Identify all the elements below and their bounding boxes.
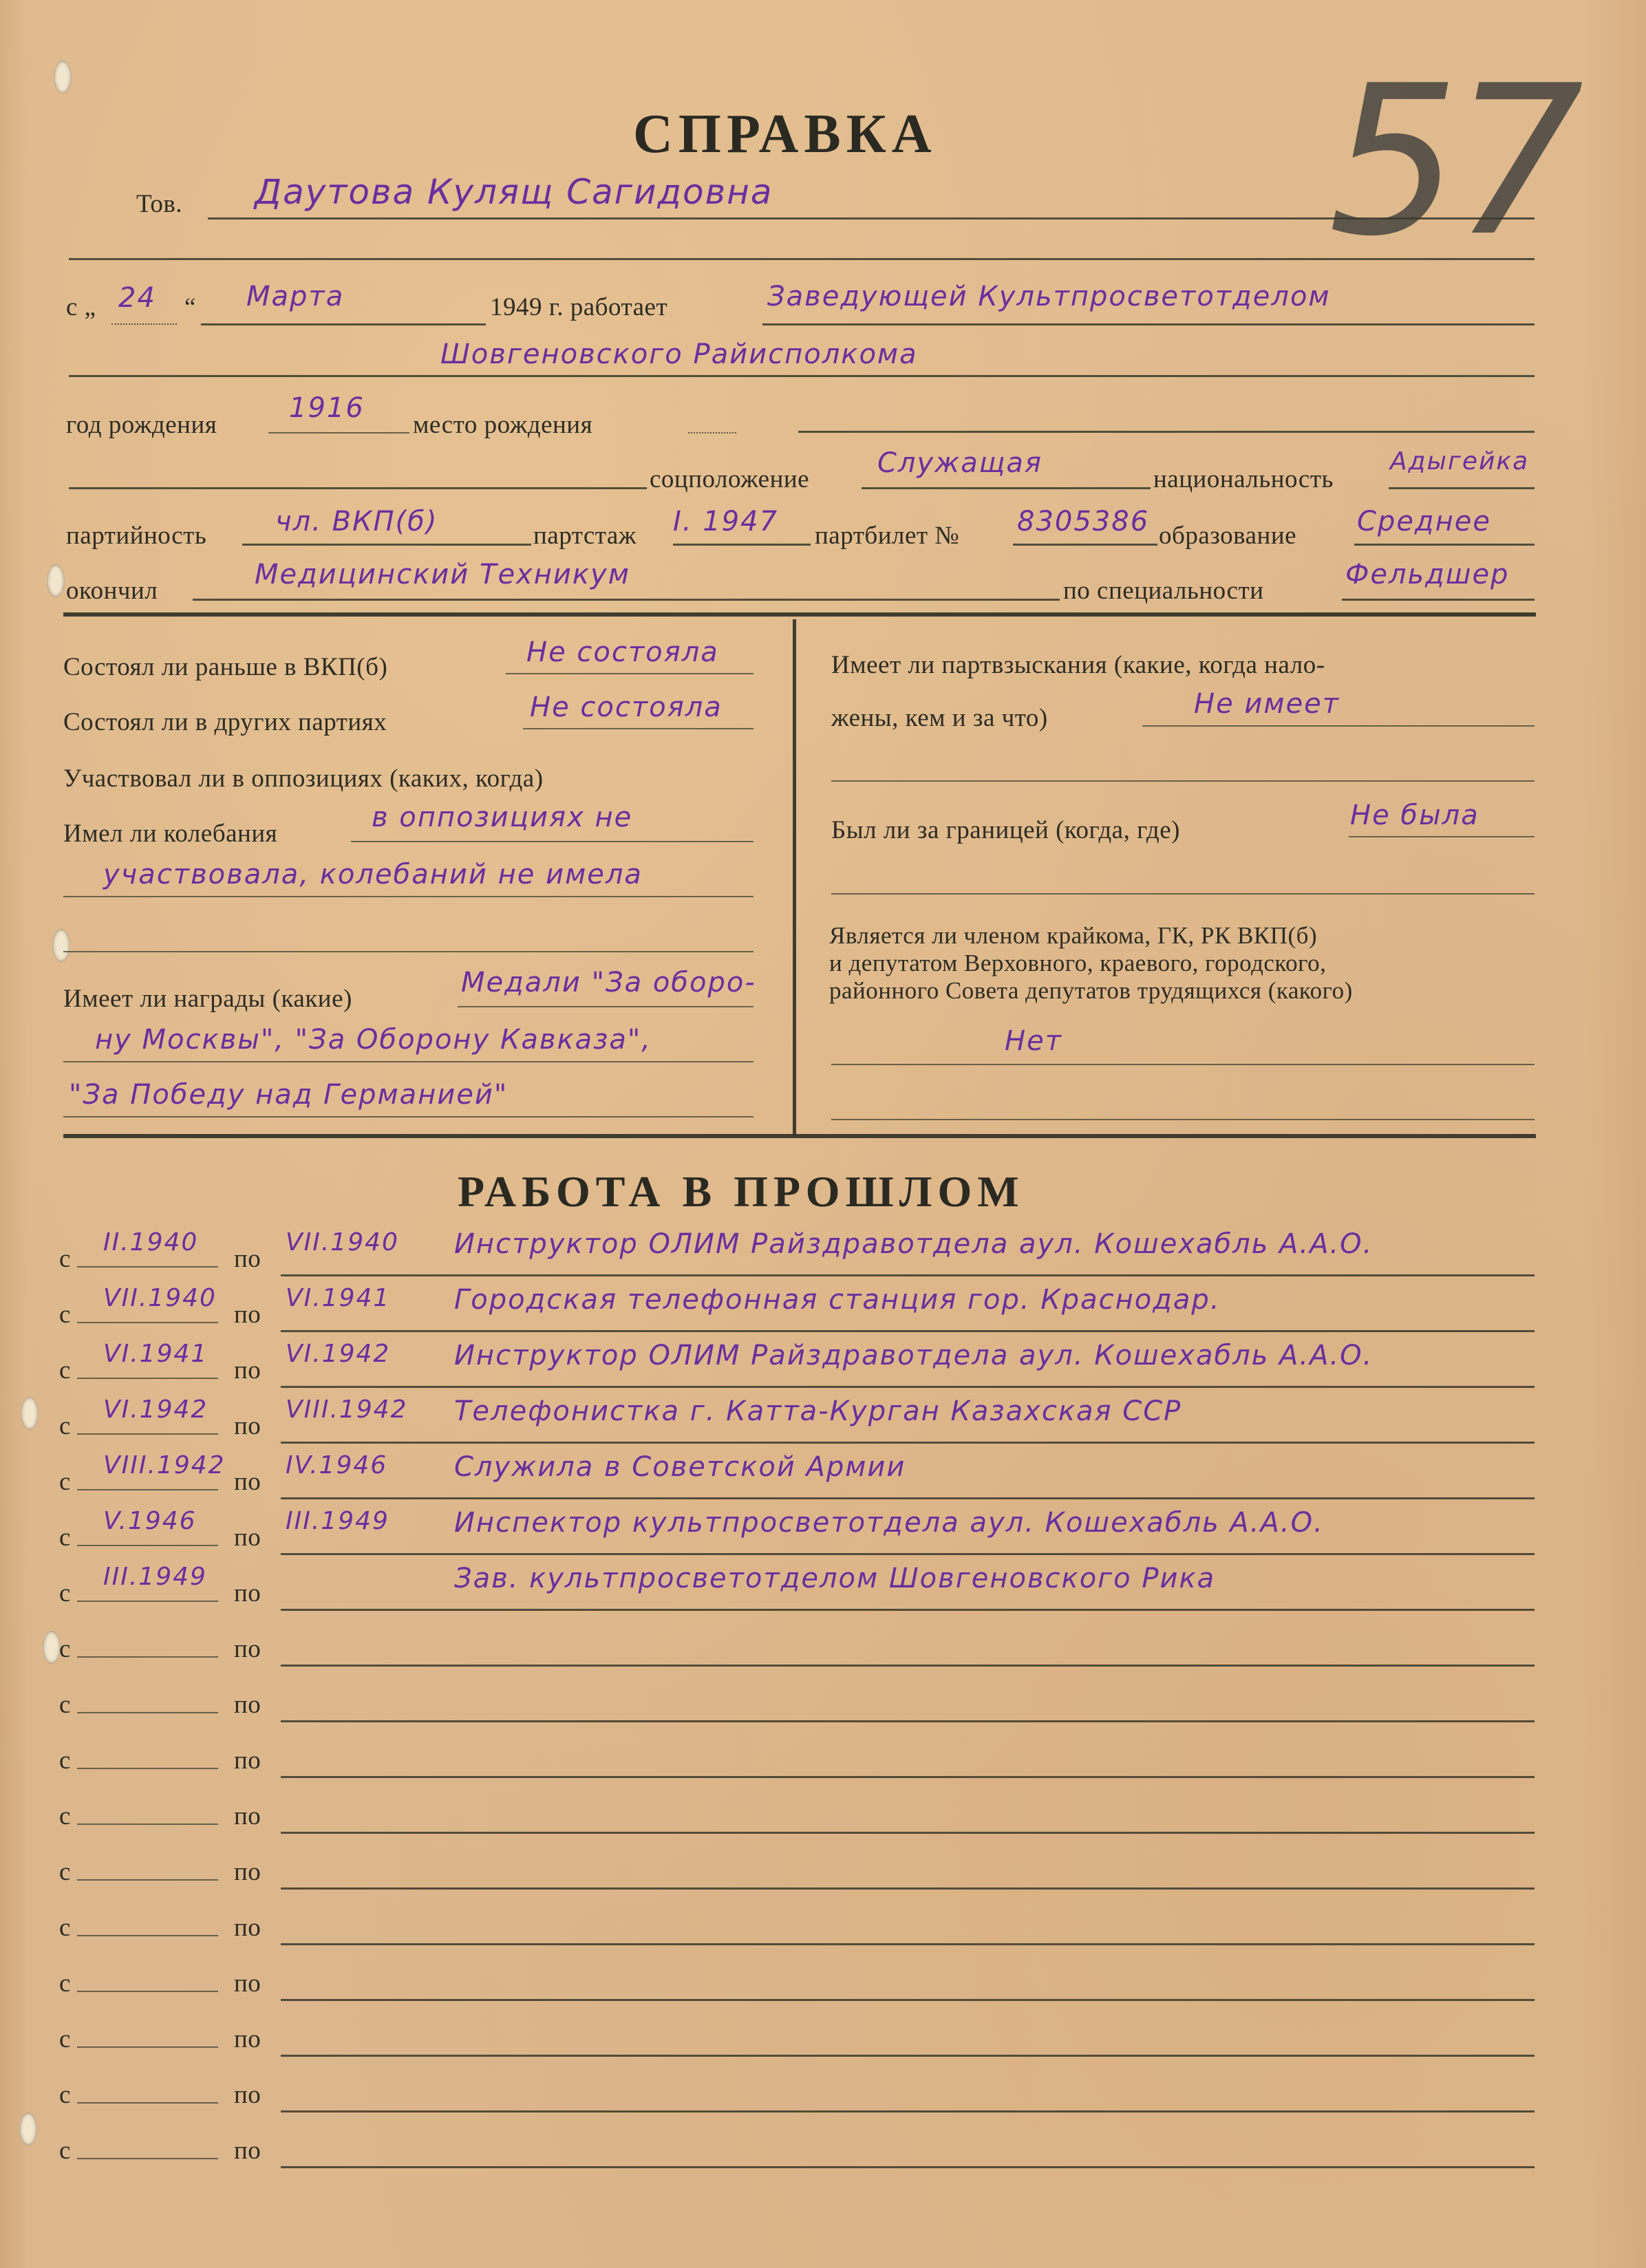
left-q5-underline-3 — [63, 1116, 753, 1117]
from-date-value[interactable]: II.1940 — [103, 1228, 198, 1256]
from-label: с — [59, 2136, 71, 2165]
work-description-value[interactable]: Инструктор ОЛИМ Райздравотдела аул. Коше… — [454, 1340, 1373, 1371]
left-q3-label: Участвовал ли в оппозициях (каких, когда… — [63, 764, 544, 793]
from-underline — [77, 1712, 218, 1713]
to-label: по — [234, 1913, 261, 1943]
to-date-value[interactable]: VI.1942 — [286, 1340, 390, 1368]
right-q3-underline-2 — [831, 1119, 1535, 1120]
from-label: с — [59, 1467, 71, 1497]
work-description-value[interactable]: Служила в Советской Армии — [454, 1451, 906, 1483]
to-date-value[interactable]: VIII.1942 — [286, 1395, 408, 1424]
description-underline — [281, 2055, 1535, 2057]
from-label: с — [59, 1857, 71, 1887]
from-underline — [77, 1656, 218, 1658]
left-q5-value-line2[interactable]: ну Москвы", "За Оборону Кавказа", — [95, 1024, 652, 1056]
social-label: соцположение — [650, 464, 809, 494]
social-leading-underline — [69, 487, 647, 489]
description-underline — [281, 1442, 1535, 1444]
from-date-value[interactable]: VI.1941 — [103, 1340, 208, 1368]
from-label: с — [59, 1244, 71, 1274]
left-q1-value[interactable]: Не состояла — [526, 636, 719, 668]
from-underline — [77, 1823, 218, 1825]
from-date-value[interactable]: VII.1940 — [103, 1284, 217, 1312]
party-card-underline — [1013, 544, 1157, 546]
description-underline — [281, 1999, 1535, 2001]
to-label: по — [234, 1857, 261, 1887]
left-q5-value-line1[interactable]: Медали "За оборо- — [461, 967, 756, 998]
right-q1-underline-1 — [1142, 725, 1535, 727]
right-q2-label: Был ли за границей (когда, где) — [831, 815, 1180, 845]
right-q1-underline-2 — [831, 780, 1535, 782]
from-label: с — [59, 1969, 71, 1998]
to-label: по — [234, 1579, 261, 1608]
left-q2-value[interactable]: Не состояла — [530, 692, 723, 723]
from-label: с — [59, 2024, 71, 2054]
from-label: с — [59, 1356, 71, 1385]
from-date-value[interactable]: VIII.1942 — [103, 1451, 226, 1479]
party-card-value[interactable]: 8305386 — [1017, 506, 1149, 537]
graduated-label: окончил — [66, 576, 158, 606]
from-underline — [77, 2046, 218, 2048]
position-underline-2 — [69, 375, 1535, 377]
birth-year-label: год рождения — [66, 410, 217, 440]
binder-hole — [52, 929, 70, 962]
to-date-value[interactable]: VII.1940 — [286, 1228, 399, 1256]
from-date-value[interactable]: V.1946 — [103, 1507, 197, 1535]
work-description-value[interactable]: Инспектор культпросветотдела аул. Кошеха… — [454, 1507, 1324, 1539]
description-underline — [281, 1386, 1535, 1388]
from-underline — [77, 1601, 218, 1602]
date-year-label: 1949 г. работает — [490, 292, 667, 322]
position-line1-value[interactable]: Заведующей Культпросветотделом — [767, 281, 1331, 312]
position-line2-value[interactable]: Шовгеновского Райисполкома — [440, 339, 918, 370]
birth-year-underline — [268, 432, 409, 434]
from-date-value[interactable]: VI.1942 — [103, 1395, 208, 1424]
left-q5-label: Имеет ли награды (какие) — [63, 984, 352, 1014]
nationality-label: национальность — [1153, 464, 1334, 494]
from-underline — [77, 1935, 218, 1936]
right-q1-label-line2: жены, кем и за что) — [831, 703, 1048, 733]
section-bottom-rule — [63, 1134, 1536, 1138]
left-q4-underline-3 — [63, 951, 753, 952]
from-label: с — [59, 1523, 71, 1552]
description-underline — [281, 1776, 1535, 1778]
description-underline — [281, 1665, 1535, 1667]
left-q4-underline-1 — [351, 841, 753, 842]
date-prefix: с „ — [66, 292, 96, 322]
left-q4-underline-2 — [63, 896, 753, 897]
date-quote-close: “ — [184, 292, 196, 322]
binder-hole — [43, 1631, 61, 1664]
description-underline — [281, 1274, 1535, 1276]
description-underline — [281, 1497, 1535, 1499]
from-underline — [77, 1489, 218, 1490]
to-label: по — [234, 1244, 261, 1274]
from-label: с — [59, 1300, 71, 1329]
description-underline — [281, 1609, 1535, 1611]
from-underline — [77, 1433, 218, 1435]
left-q5-underline-2 — [63, 1061, 753, 1062]
to-label: по — [234, 2136, 261, 2165]
day-underline — [111, 323, 177, 325]
left-q1-label: Состоял ли раньше в ВКП(б) — [63, 652, 387, 682]
binder-hole — [19, 2112, 37, 2146]
party-card-label: партбилет № — [815, 521, 959, 550]
description-underline — [281, 1832, 1535, 1834]
nationality-underline — [1389, 487, 1535, 489]
from-underline — [77, 2158, 218, 2159]
right-q3-label-line1: Является ли членом крайкома, ГК, РК ВКП(… — [829, 922, 1317, 950]
from-label: с — [59, 1746, 71, 1775]
left-q5-value-line3[interactable]: "За Победу над Германией" — [69, 1079, 508, 1111]
left-q4-value-line1[interactable]: в оппозициях не — [372, 802, 632, 833]
work-history-title: РАБОТА В ПРОШЛОМ — [458, 1166, 1025, 1217]
party-underline — [242, 544, 531, 546]
from-label: с — [59, 1801, 71, 1831]
right-q2-value[interactable]: Не была — [1350, 800, 1479, 831]
birth-year-value[interactable]: 1916 — [289, 392, 365, 424]
binder-hole — [21, 1397, 39, 1430]
from-underline — [77, 1879, 218, 1881]
document-title: СПРАВКА — [633, 103, 937, 166]
date-month-value[interactable]: Марта — [246, 281, 344, 312]
description-underline — [281, 1943, 1535, 1945]
date-day-value[interactable]: 24 — [118, 282, 156, 314]
party-label: партийность — [66, 521, 206, 550]
from-underline — [77, 1322, 218, 1323]
education-underline — [1354, 544, 1535, 546]
from-label: с — [59, 2080, 71, 2110]
description-underline — [281, 1720, 1535, 1722]
from-label: с — [59, 1690, 71, 1720]
right-q3-label-line2: и депутатом Верховного, краевого, городс… — [829, 950, 1326, 977]
right-q1-value[interactable]: Не имеет — [1194, 688, 1340, 720]
binder-hole — [47, 564, 65, 597]
to-label: по — [234, 2080, 261, 2110]
description-underline — [281, 2110, 1535, 2112]
from-label: с — [59, 1913, 71, 1943]
specialty-label: по специальности — [1063, 576, 1264, 606]
party-value[interactable]: чл. ВКП(б) — [275, 506, 438, 537]
description-underline — [281, 1553, 1535, 1555]
to-label: по — [234, 1523, 261, 1552]
to-label: по — [234, 1467, 261, 1497]
section-top-rule — [63, 612, 1536, 617]
education-label: образование — [1159, 521, 1296, 550]
graduated-value[interactable]: Медицинский Техникум — [255, 559, 630, 590]
education-value[interactable]: Среднее — [1357, 506, 1491, 537]
month-underline — [201, 323, 486, 325]
to-date-value[interactable]: IV.1946 — [286, 1451, 387, 1479]
from-label: с — [59, 1411, 71, 1441]
description-underline — [281, 2166, 1535, 2168]
right-q2-underline-2 — [831, 893, 1535, 895]
right-q3-value[interactable]: Нет — [1005, 1025, 1062, 1057]
to-label: по — [234, 1634, 261, 1664]
description-underline — [281, 1330, 1535, 1332]
to-label: по — [234, 1690, 261, 1720]
social-value[interactable]: Служащая — [877, 447, 1043, 479]
from-label: с — [59, 1634, 71, 1664]
from-underline — [77, 1991, 218, 1992]
to-label: по — [234, 1969, 261, 1998]
to-label: по — [234, 1356, 261, 1385]
position-underline-1 — [762, 323, 1535, 325]
left-q4-value-line2[interactable]: участвовала, колебаний не имела — [103, 859, 643, 890]
work-description-value[interactable]: Инструктор ОЛИМ Райздравотдела аул. Коше… — [454, 1228, 1373, 1260]
birth-place-label: место рождения — [413, 410, 592, 440]
party-since-label: партстаж — [533, 521, 637, 550]
from-underline — [77, 1768, 218, 1769]
name-underline — [208, 217, 1535, 220]
column-divider — [793, 619, 796, 1135]
page-number-pencil: 57 — [1328, 41, 1577, 281]
full-name-value[interactable]: Даутова Кулящ Сагидовна — [255, 172, 773, 212]
work-description-value[interactable]: Телефонистка г. Катта-Курган Казахская С… — [454, 1395, 1182, 1427]
left-q1-underline — [506, 673, 753, 674]
from-underline — [77, 1378, 218, 1379]
right-q3-underline-1 — [831, 1064, 1535, 1065]
from-label: с — [59, 1579, 71, 1608]
from-underline — [77, 2102, 218, 2104]
right-q2-underline-1 — [1349, 836, 1535, 837]
blank-underline — [69, 258, 1535, 260]
to-date-value[interactable]: III.1949 — [286, 1507, 389, 1535]
graduated-underline — [193, 599, 1060, 601]
left-q4-label: Имел ли колебания — [63, 819, 277, 848]
specialty-underline — [1342, 599, 1535, 601]
to-label: по — [234, 1801, 261, 1831]
nationality-value[interactable]: Адыгейка — [1390, 447, 1529, 475]
work-description-value[interactable]: Городская телефонная станция гор. Красно… — [454, 1284, 1221, 1316]
from-underline — [77, 1545, 218, 1546]
birth-place-underline — [798, 431, 1535, 433]
left-q2-underline — [523, 728, 753, 729]
birth-place-dots — [688, 432, 736, 434]
social-underline — [862, 487, 1151, 489]
party-since-underline — [673, 544, 811, 546]
to-label: по — [234, 1746, 261, 1775]
binder-hole — [54, 61, 72, 94]
from-date-value[interactable]: III.1949 — [103, 1563, 207, 1591]
description-underline — [281, 1887, 1535, 1890]
to-label: по — [234, 1300, 261, 1329]
right-q3-label-line3: районного Совета депутатов трудящихся (к… — [829, 977, 1353, 1005]
left-q2-label: Состоял ли в других партиях — [63, 707, 387, 737]
specialty-value[interactable]: Фельдшер — [1345, 559, 1509, 590]
from-underline — [77, 1266, 218, 1267]
left-q5-underline-1 — [458, 1006, 753, 1007]
to-label: по — [234, 2024, 261, 2054]
party-since-value[interactable]: I. 1947 — [673, 506, 778, 537]
work-description-value[interactable]: Зав. культпросветотделом Шовгеновского Р… — [454, 1563, 1215, 1594]
tov-label: Тов. — [136, 189, 182, 219]
right-q1-label-line1: Имеет ли партвзыскания (какие, когда нал… — [831, 650, 1325, 680]
to-label: по — [234, 1411, 261, 1441]
to-date-value[interactable]: VI.1941 — [286, 1284, 390, 1312]
